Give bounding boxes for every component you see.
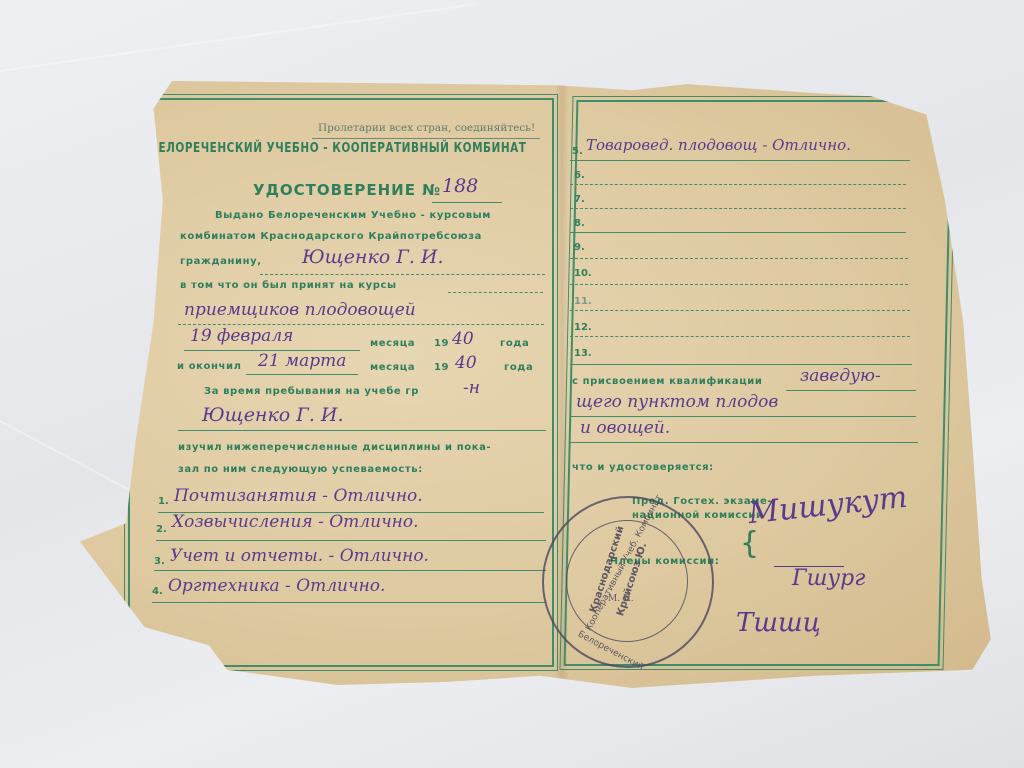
subject-line: [154, 570, 546, 571]
studied-line-2: зал по ним следующую успеваемость:: [178, 464, 423, 475]
course-line: [178, 324, 544, 325]
end-year-suffix: 40: [455, 353, 477, 373]
cloth-fold: [0, 3, 476, 72]
stay-name: Ющенко Г. И.: [202, 404, 344, 426]
end-date: 21 марта: [258, 351, 346, 371]
subject-line: [570, 336, 910, 337]
brace: {: [740, 526, 759, 561]
start-year-label: года: [500, 338, 529, 349]
motto: Пролетарии всех стран, соединяйтесь!: [318, 122, 535, 134]
accepted-line: [448, 292, 543, 293]
citizen-name: Ющенко Г. И.: [302, 246, 444, 268]
qualification-underline: [570, 416, 916, 417]
member-signature-2: Тшшц: [736, 608, 821, 638]
stamp-mp-label: М. П.: [608, 594, 634, 604]
subject-number: 5.: [572, 146, 583, 157]
subject-number: 9.: [574, 242, 585, 253]
end-year-prefix: 19: [434, 362, 449, 373]
qualification-underline: [570, 442, 918, 443]
subject-number: 2.: [156, 524, 167, 535]
qualification-line-2: щего пунктом плодов: [576, 392, 778, 412]
start-year-suffix: 40: [452, 329, 474, 349]
subject-line: [570, 208, 906, 209]
subject-line: [570, 160, 910, 161]
stay-suffix: -н: [463, 378, 480, 398]
subject-entry: Хозвычисления - Отлично.: [172, 512, 418, 532]
subject-line: [570, 310, 910, 311]
subject-line: [570, 232, 906, 233]
subject-line: [570, 258, 908, 259]
subject-entry: Оргтехника - Отлично.: [168, 576, 385, 596]
course-name: приемщиков плодовощей: [184, 300, 416, 320]
subject-entry: Учет и отчеты. - Отлично.: [170, 546, 429, 566]
issued-line-1: Выдано Белореченским Учебно - курсовым: [215, 210, 491, 221]
end-month-label: месяца: [370, 362, 415, 373]
start-month-label: месяца: [370, 338, 415, 349]
certificate-number: 188: [442, 175, 478, 197]
subject-number: 11.: [574, 296, 592, 307]
end-date-line: [246, 374, 358, 375]
qualification-line-1: заведую-: [800, 366, 881, 386]
citizen-line: [260, 274, 545, 275]
subject-line: [570, 184, 906, 185]
certificate-document: Пролетарии всех стран, соединяйтесь! БЕЛ…: [80, 78, 1000, 688]
subject-number: 7.: [574, 194, 585, 205]
subject-number: 1.: [158, 496, 169, 507]
start-date: 19 февраля: [190, 326, 293, 346]
certificate-title: УДОСТОВЕРЕНИЕ №: [253, 181, 441, 199]
subject-number: 12.: [574, 322, 592, 333]
subject-entry: Почтизанятия - Отлично.: [174, 486, 423, 506]
start-year-prefix: 19: [434, 338, 449, 349]
subject-line: [156, 540, 546, 541]
subject-number: 10.: [574, 268, 592, 279]
subject-number: 6.: [574, 170, 585, 181]
number-line: [432, 202, 502, 203]
subject-line: [152, 602, 546, 603]
round-stamp: Кооперативный Учеб. Комбинат Белореченск…: [542, 496, 714, 668]
qualification-line-3: и овощей.: [580, 418, 670, 438]
citizen-label: гражданину,: [180, 256, 262, 267]
subject-number: 13.: [574, 348, 592, 359]
qualification-label: с присвоением квалификации: [572, 376, 762, 387]
member-signature-1: Гшург: [792, 566, 865, 591]
subject-number: 3.: [154, 556, 165, 567]
studied-line-1: изучил нижеперечисленные дисциплины и по…: [178, 442, 491, 453]
accepted-label: в том что он был принят на курсы: [180, 280, 397, 291]
subject-line: [570, 284, 908, 285]
stay-label: За время пребывания на учебе гр: [204, 386, 419, 397]
organization-name: БЕЛОРЕЧЕНСКИЙ УЧЕБНО - КООПЕРАТИВНЫЙ КОМ…: [150, 141, 526, 156]
subject-line: [570, 364, 912, 365]
subject-number: 8.: [574, 218, 585, 229]
subject-number: 4.: [152, 586, 163, 597]
stay-name-line: [178, 430, 546, 431]
motto-underline: [312, 138, 540, 139]
end-year-label: года: [504, 362, 533, 373]
subject-entry: Товаровед. плодовощ - Отлично.: [586, 136, 851, 154]
certify-label: что и удостоверяется:: [572, 462, 714, 473]
qualification-underline: [786, 390, 916, 391]
issued-line-2: комбинатом Краснодарского Крайпотребсоюз…: [180, 231, 482, 242]
finished-label: и окончил: [177, 361, 242, 372]
